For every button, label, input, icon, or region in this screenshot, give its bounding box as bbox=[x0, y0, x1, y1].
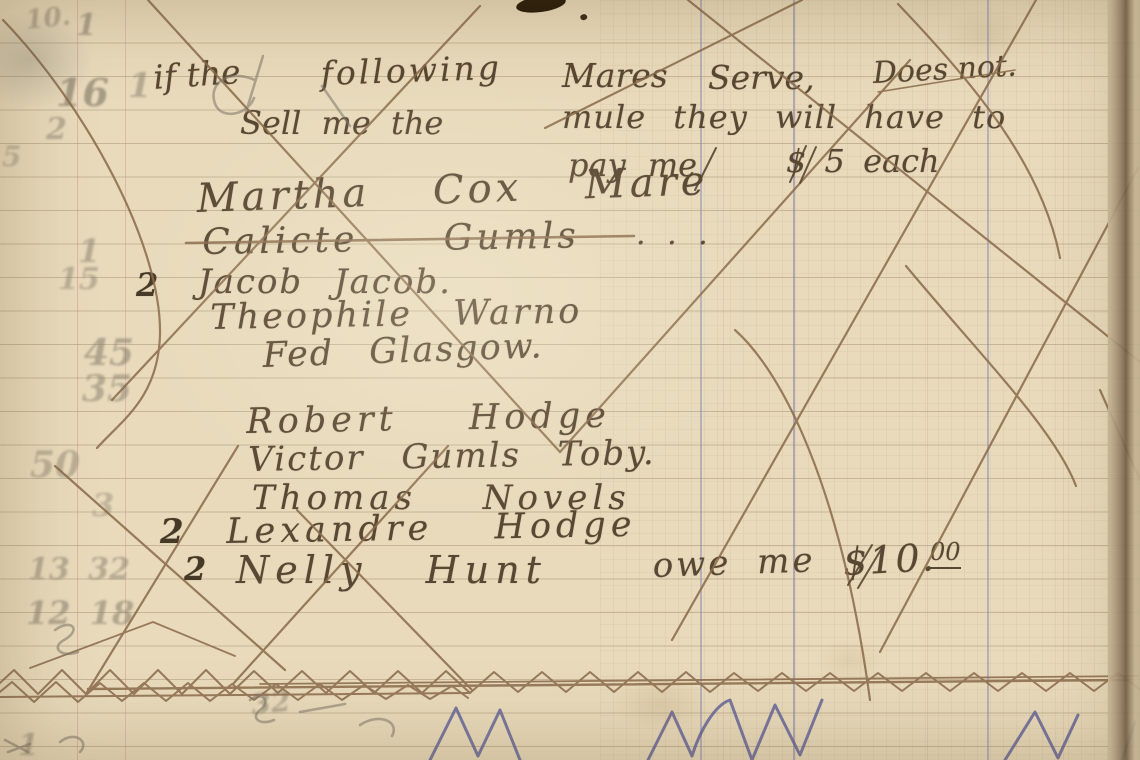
crossout-strokes-svg bbox=[0, 0, 1140, 760]
ledger-page: if thefollowingMaresServe,Does not.Sell … bbox=[0, 0, 1140, 760]
page-edge-binding bbox=[1108, 0, 1140, 760]
